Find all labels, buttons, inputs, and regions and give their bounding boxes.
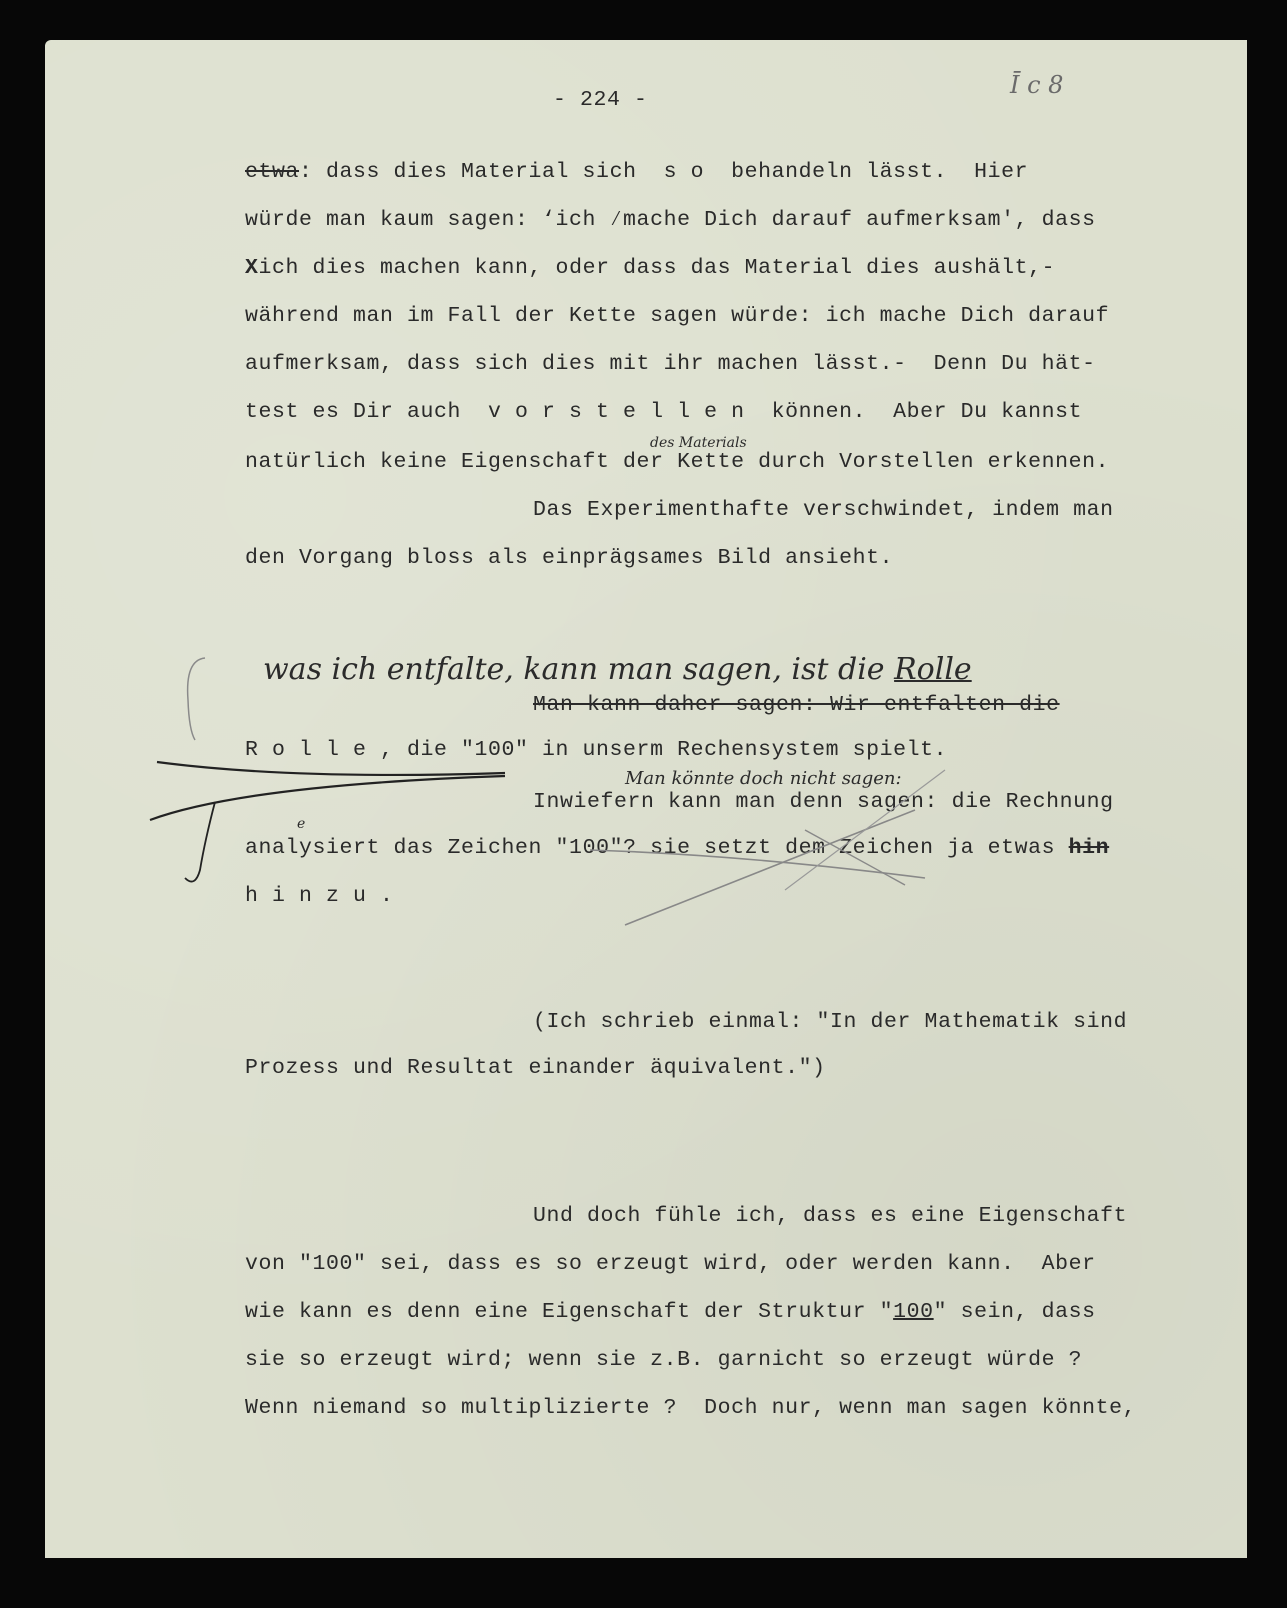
pen-stroke-lower <box>150 776 505 820</box>
pencil-cross-4 <box>785 770 945 890</box>
margin-bracket-pencil <box>188 658 205 740</box>
pencil-cross-2 <box>625 810 915 925</box>
pencil-cross-1 <box>590 850 925 878</box>
pencil-cross-3 <box>805 830 905 885</box>
manuscript-page: - 224 - Ī c 8 etwa: dass dies Material s… <box>45 40 1247 1558</box>
margin-bracket-pen <box>185 802 215 882</box>
pen-stroke-upper <box>157 762 505 775</box>
annotation-marks <box>45 40 1247 1558</box>
